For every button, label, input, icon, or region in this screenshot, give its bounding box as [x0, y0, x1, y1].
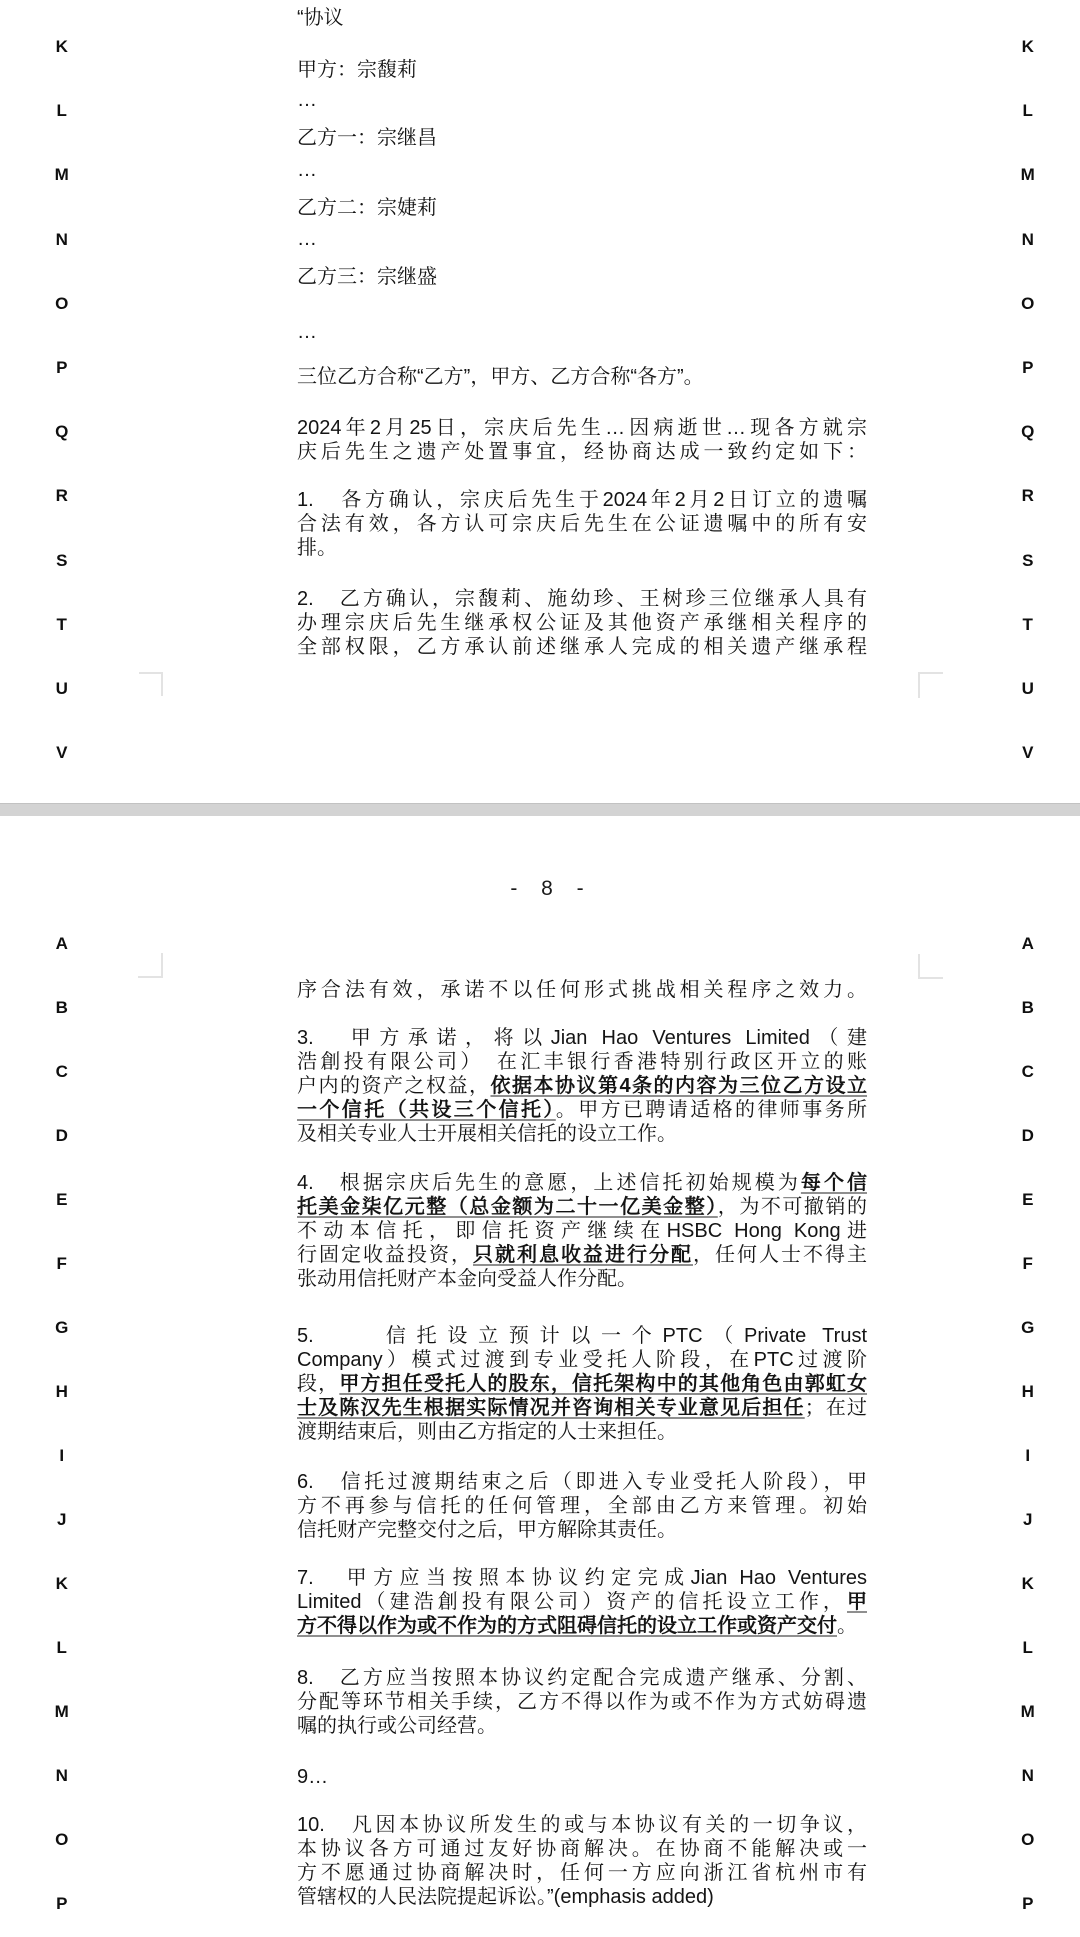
text-segment: 方不再参与信托的任何管理，全部由乙方来管理。初始	[297, 1495, 867, 1517]
text-line: 3. 甲方承诺，将以Jian Hao Ventures Limited（建	[297, 1026, 867, 1050]
text-segment: Limited（建浩創投有限公司）资产的信托设立工作，	[297, 1591, 847, 1613]
ellipsis-1: …	[297, 88, 867, 112]
margin-letter-S: S	[49, 549, 75, 573]
margin-letter-J: J	[49, 1508, 75, 1532]
scan-corner-mark	[138, 953, 163, 978]
clause-10: 10. 凡因本协议所发生的或与本协议有关的一切争议，本协议各方可通过友好协商解决…	[297, 1813, 867, 1909]
party-a: 甲方：宗馥莉	[297, 58, 867, 82]
margin-letter-L: L	[49, 99, 75, 123]
text-segment: 分配等环节相关手续，乙方不得以作为或不作为方式妨碍遗	[297, 1691, 867, 1713]
text-line: 7. 甲方应当按照本协议约定完成Jian Hao Ventures	[297, 1566, 867, 1590]
text-segment: 8. 乙方应当按照本协议约定配合完成遗产继承、分割、	[297, 1667, 867, 1689]
text-line: 及相关专业人士开展相关信托的设立工作。	[297, 1122, 867, 1146]
emphasized-text: 一个信托（共设三个信托）	[297, 1099, 556, 1121]
text-segment: 三位乙方合称“乙方”，甲方、乙方合称“各方”。	[297, 366, 704, 388]
text-line: 2024年2月25日，宗庆后先生…因病逝世…现各方就宗	[297, 416, 867, 440]
margin-letter-T: T	[1015, 613, 1041, 637]
emphasized-text: 只就利息收益进行分配	[473, 1244, 693, 1266]
page-number: - 8 -	[468, 877, 628, 901]
text-line: 段，甲方担任受托人的股东，信托架构中的其他角色由郭虹女	[297, 1372, 867, 1396]
text-line: 庆后先生之遗产处置事宜，经协商达成一致约定如下：	[297, 440, 867, 464]
emphasized-text: 依据本协议第4条的内容为三位乙方设立	[490, 1075, 867, 1097]
text-segment: ，为不可撤销的	[718, 1196, 867, 1218]
text-segment: 及相关专业人士开展相关信托的设立工作。	[297, 1123, 677, 1145]
agreement-title: “协议	[297, 6, 867, 30]
parties-definition: 三位乙方合称“乙方”，甲方、乙方合称“各方”。	[297, 365, 867, 389]
text-line: 序合法有效，承诺不以任何形式挑战相关程序之效力。	[297, 978, 867, 1002]
clause-8: 8. 乙方应当按照本协议约定配合完成遗产继承、分割、分配等环节相关手续，乙方不得…	[297, 1666, 867, 1738]
margin-letter-L: L	[1015, 99, 1041, 123]
margin-letter-U: U	[1015, 677, 1041, 701]
text-segment: 。	[837, 1615, 857, 1637]
party-b3: 乙方三：宗继盛	[297, 265, 867, 289]
scan-corner-mark	[918, 954, 943, 979]
margin-letter-B: B	[49, 996, 75, 1020]
margin-letter-T: T	[49, 613, 75, 637]
text-segment: 嘱的执行或公司经营。	[297, 1715, 497, 1737]
party-b1: 乙方一：宗继昌	[297, 126, 867, 150]
clause-2-continued: 序合法有效，承诺不以任何形式挑战相关程序之效力。	[297, 978, 867, 1002]
scanned-legal-document: KLMNOPQRSTUV KLMNOPQRSTUV “协议甲方：宗馥莉…乙方一：…	[0, 0, 1080, 1937]
text-segment: ；在过	[805, 1397, 867, 1419]
clause-9: 9…	[297, 1765, 867, 1789]
text-segment: 管辖权的人民法院提起诉讼。”(emphasis added)	[297, 1886, 714, 1908]
margin-letter-L: L	[1015, 1636, 1041, 1660]
margin-letter-F: F	[49, 1252, 75, 1276]
clause-6: 6. 信托过渡期结束之后（即进入专业受托人阶段），甲方不再参与信托的任何管理，全…	[297, 1470, 867, 1542]
margin-letter-D: D	[1015, 1124, 1041, 1148]
text-segment: 办理宗庆后先生继承权公证及其他资产承继相关程序的	[297, 612, 867, 634]
text-line: 1. 各方确认，宗庆后先生于2024年2月2日订立的遗嘱	[297, 488, 867, 512]
margin-letter-O: O	[49, 1828, 75, 1852]
margin-letter-P: P	[49, 356, 75, 380]
text-line: 10. 凡因本协议所发生的或与本协议有关的一切争议，	[297, 1813, 867, 1837]
text-line: 行固定收益投资，只就利息收益进行分配，任何人士不得主	[297, 1243, 867, 1267]
margin-letter-N: N	[49, 228, 75, 252]
text-segment: 行固定收益投资，	[297, 1244, 473, 1266]
ellipsis-2: …	[297, 158, 867, 182]
ellipsis-3: …	[297, 227, 867, 251]
party-b2: 乙方二：宗婕莉	[297, 196, 867, 220]
margin-letter-K: K	[1015, 1572, 1041, 1596]
margin-letter-O: O	[1015, 292, 1041, 316]
margin-letter-V: V	[49, 741, 75, 765]
margin-letter-P: P	[49, 1892, 75, 1916]
text-line: 户内的资产之权益，依据本协议第4条的内容为三位乙方设立	[297, 1074, 867, 1098]
text-line: 4. 根据宗庆后先生的意愿，上述信托初始规模为每个信	[297, 1171, 867, 1195]
scan-corner-mark	[139, 672, 163, 696]
text-segment: Company）模式过渡到专业受托人阶段，在PTC过渡阶	[297, 1349, 867, 1371]
margin-letter-E: E	[49, 1188, 75, 1212]
text-line: 托美金柒亿元整（总金额为二十一亿美金整），为不可撤销的	[297, 1195, 867, 1219]
text-line: 乙方二：宗婕莉	[297, 196, 867, 220]
margin-letter-K: K	[49, 35, 75, 59]
text-line: 一个信托（共设三个信托）。甲方已聘请适格的律师事务所	[297, 1098, 867, 1122]
margin-letter-C: C	[49, 1060, 75, 1084]
clause-5: 5. 信托设立预计以一个PTC（Private TrustCompany）模式过…	[297, 1324, 867, 1444]
margin-letter-N: N	[1015, 228, 1041, 252]
text-segment: 全部权限，乙方承认前述继承人完成的相关遗产继承程	[297, 636, 867, 658]
text-line: Company）模式过渡到专业受托人阶段，在PTC过渡阶	[297, 1348, 867, 1372]
text-segment: 3. 甲方承诺，将以Jian Hao Ventures Limited（建	[297, 1027, 867, 1049]
text-segment: 张动用信托财产本金向受益人作分配。	[297, 1268, 637, 1290]
text-segment: 甲方：宗馥莉	[297, 59, 417, 81]
text-line: 6. 信托过渡期结束之后（即进入专业受托人阶段），甲	[297, 1470, 867, 1494]
text-line: 本协议各方可通过友好协商解决。在协商不能解决或一	[297, 1837, 867, 1861]
text-line: 甲方：宗馥莉	[297, 58, 867, 82]
text-line: 不动本信托，即信托资产继续在HSBC Hong Kong进	[297, 1219, 867, 1243]
emphasized-text: 士及陈汉先生根据实际情况并咨询相关专业意见后担任	[297, 1397, 805, 1419]
clause-7: 7. 甲方应当按照本协议约定完成Jian Hao VenturesLimited…	[297, 1566, 867, 1638]
text-line: 全部权限，乙方承认前述继承人完成的相关遗产继承程	[297, 635, 867, 659]
text-line: 5. 信托设立预计以一个PTC（Private Trust	[297, 1324, 867, 1348]
text-line: 士及陈汉先生根据实际情况并咨询相关专业意见后担任；在过	[297, 1396, 867, 1420]
text-segment: 。甲方已聘请适格的律师事务所	[556, 1099, 867, 1121]
margin-letter-H: H	[49, 1380, 75, 1404]
text-segment: …	[297, 228, 317, 250]
margin-letter-P: P	[1015, 1892, 1041, 1916]
text-segment: 乙方二：宗婕莉	[297, 197, 437, 219]
margin-letter-C: C	[1015, 1060, 1041, 1084]
text-line: 9…	[297, 1765, 867, 1789]
clause-3: 3. 甲方承诺，将以Jian Hao Ventures Limited（建浩創投…	[297, 1026, 867, 1146]
text-segment: 渡期结束后，则由乙方指定的人士来担任。	[297, 1421, 677, 1443]
margin-letter-V: V	[1015, 741, 1041, 765]
ellipsis-4: …	[297, 320, 867, 344]
text-segment: 序合法有效，承诺不以任何形式挑战相关程序之效力。	[297, 979, 867, 1001]
text-line: …	[297, 320, 867, 344]
text-line: 8. 乙方应当按照本协议约定配合完成遗产继承、分割、	[297, 1666, 867, 1690]
text-line: 浩創投有限公司） 在汇丰银行香港特别行政区开立的账	[297, 1050, 867, 1074]
text-line: 分配等环节相关手续，乙方不得以作为或不作为方式妨碍遗	[297, 1690, 867, 1714]
margin-letter-N: N	[49, 1764, 75, 1788]
text-segment: …	[297, 89, 317, 111]
margin-letter-D: D	[49, 1124, 75, 1148]
margin-letter-R: R	[49, 484, 75, 508]
margin-letter-A: A	[49, 932, 75, 956]
margin-letter-I: I	[49, 1444, 75, 1468]
text-line: Limited（建浩創投有限公司）资产的信托设立工作，甲	[297, 1590, 867, 1614]
margin-letter-Q: Q	[49, 420, 75, 444]
margin-letter-H: H	[1015, 1380, 1041, 1404]
clause-4: 4. 根据宗庆后先生的意愿，上述信托初始规模为每个信托美金柒亿元整（总金额为二十…	[297, 1171, 867, 1291]
page-divider-bar	[0, 803, 1080, 816]
text-line: …	[297, 158, 867, 182]
text-segment: 不动本信托，即信托资产继续在HSBC Hong Kong进	[297, 1220, 867, 1242]
text-segment: 2024年2月25日，宗庆后先生…因病逝世…现各方就宗	[297, 417, 867, 439]
text-segment: 户内的资产之权益，	[297, 1075, 490, 1097]
text-line: 乙方三：宗继盛	[297, 265, 867, 289]
text-segment: 信托财产完整交付之后，甲方解除其责任。	[297, 1519, 677, 1541]
margin-letter-O: O	[49, 292, 75, 316]
text-segment: 方不愿通过协商解决时，任何一方应向浙江省杭州市有	[297, 1862, 867, 1884]
margin-letter-U: U	[49, 677, 75, 701]
text-segment: 乙方三：宗继盛	[297, 266, 437, 288]
text-line: 乙方一：宗继昌	[297, 126, 867, 150]
text-segment: 10. 凡因本协议所发生的或与本协议有关的一切争议，	[297, 1814, 867, 1836]
emphasized-text: 方不得以作为或不作为的方式阻碍信托的设立工作或资产交付	[297, 1615, 837, 1637]
text-segment: 7. 甲方应当按照本协议约定完成Jian Hao Ventures	[297, 1567, 867, 1589]
clause-2: 2. 乙方确认，宗馥莉、施幼珍、王树珍三位继承人具有办理宗庆后先生继承权公证及其…	[297, 587, 867, 659]
margin-letter-M: M	[49, 1700, 75, 1724]
emphasized-text: 每个信	[801, 1172, 867, 1194]
text-line: 2. 乙方确认，宗馥莉、施幼珍、王树珍三位继承人具有	[297, 587, 867, 611]
text-line: 管辖权的人民法院提起诉讼。”(emphasis added)	[297, 1885, 867, 1909]
text-line: “协议	[297, 6, 867, 30]
text-segment: 2. 乙方确认，宗馥莉、施幼珍、王树珍三位继承人具有	[297, 588, 867, 610]
margin-letter-L: L	[49, 1636, 75, 1660]
text-segment: …	[297, 159, 317, 181]
margin-letter-N: N	[1015, 1764, 1041, 1788]
margin-letter-M: M	[1015, 1700, 1041, 1724]
text-segment: 浩創投有限公司） 在汇丰银行香港特别行政区开立的账	[297, 1051, 867, 1073]
text-line: 三位乙方合称“乙方”，甲方、乙方合称“各方”。	[297, 365, 867, 389]
margin-letter-O: O	[1015, 1828, 1041, 1852]
text-segment: 段，	[297, 1373, 339, 1395]
margin-letter-I: I	[1015, 1444, 1041, 1468]
text-line: 嘱的执行或公司经营。	[297, 1714, 867, 1738]
text-segment: 庆后先生之遗产处置事宜，经协商达成一致约定如下：	[297, 441, 867, 463]
emphasized-text: 甲方担任受托人的股东，信托架构中的其他角色由郭虹女	[339, 1373, 867, 1395]
margin-letter-R: R	[1015, 484, 1041, 508]
text-segment: 9…	[297, 1766, 328, 1788]
text-segment: ，任何人士不得主	[693, 1244, 867, 1266]
text-line: 张动用信托财产本金向受益人作分配。	[297, 1267, 867, 1291]
margin-letter-B: B	[1015, 996, 1041, 1020]
margin-letter-Q: Q	[1015, 420, 1041, 444]
margin-letter-K: K	[49, 1572, 75, 1596]
text-segment: 4. 根据宗庆后先生的意愿，上述信托初始规模为	[297, 1172, 801, 1194]
text-line: …	[297, 88, 867, 112]
text-segment: 合法有效，各方认可宗庆后先生在公证遗嘱中的所有安	[297, 513, 867, 535]
text-line: 信托财产完整交付之后，甲方解除其责任。	[297, 1518, 867, 1542]
text-segment: “协议	[297, 7, 344, 29]
text-segment: …	[297, 321, 317, 343]
text-line: 办理宗庆后先生继承权公证及其他资产承继相关程序的	[297, 611, 867, 635]
text-segment: 乙方一：宗继昌	[297, 127, 437, 149]
margin-letter-G: G	[1015, 1316, 1041, 1340]
text-line: 方不得以作为或不作为的方式阻碍信托的设立工作或资产交付。	[297, 1614, 867, 1638]
text-segment: 本协议各方可通过友好协商解决。在协商不能解决或一	[297, 1838, 867, 1860]
margin-letter-K: K	[1015, 35, 1041, 59]
text-segment: 1. 各方确认，宗庆后先生于2024年2月2日订立的遗嘱	[297, 489, 867, 511]
emphasized-text: 托美金柒亿元整（总金额为二十一亿美金整）	[297, 1196, 718, 1218]
text-line: 渡期结束后，则由乙方指定的人士来担任。	[297, 1420, 867, 1444]
clause-1: 1. 各方确认，宗庆后先生于2024年2月2日订立的遗嘱合法有效，各方认可宗庆后…	[297, 488, 867, 560]
margin-letter-A: A	[1015, 932, 1041, 956]
margin-letter-F: F	[1015, 1252, 1041, 1276]
preamble: 2024年2月25日，宗庆后先生…因病逝世…现各方就宗庆后先生之遗产处置事宜，经…	[297, 416, 867, 464]
emphasized-text: 甲	[847, 1591, 867, 1613]
margin-letter-P: P	[1015, 356, 1041, 380]
margin-letter-E: E	[1015, 1188, 1041, 1212]
text-line: 方不愿通过协商解决时，任何一方应向浙江省杭州市有	[297, 1861, 867, 1885]
text-line: 合法有效，各方认可宗庆后先生在公证遗嘱中的所有安	[297, 512, 867, 536]
text-segment: 5. 信托设立预计以一个PTC（Private Trust	[297, 1325, 867, 1347]
text-segment: 排。	[297, 537, 337, 559]
margin-letter-M: M	[49, 163, 75, 187]
margin-letter-G: G	[49, 1316, 75, 1340]
margin-letter-J: J	[1015, 1508, 1041, 1532]
scan-corner-mark	[918, 672, 943, 698]
text-line: 方不再参与信托的任何管理，全部由乙方来管理。初始	[297, 1494, 867, 1518]
text-line: …	[297, 227, 867, 251]
margin-letter-M: M	[1015, 163, 1041, 187]
margin-letter-S: S	[1015, 549, 1041, 573]
text-segment: 6. 信托过渡期结束之后（即进入专业受托人阶段），甲	[297, 1471, 867, 1493]
text-line: 排。	[297, 536, 867, 560]
